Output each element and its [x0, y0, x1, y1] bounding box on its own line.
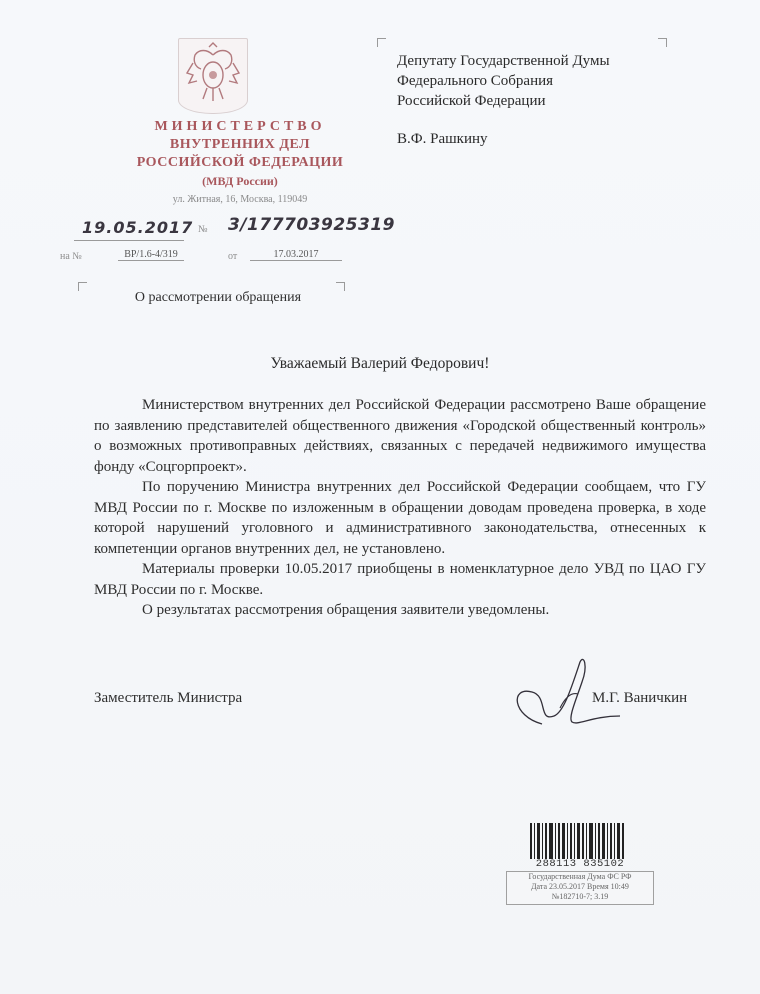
greeting: Уважаемый Валерий Федорович!: [0, 355, 760, 373]
letter-page: МИНИСТЕРСТВО ВНУТРЕННИХ ДЕЛ РОССИЙСКОЙ Ф…: [0, 0, 760, 994]
stamp-line-1: Государственная Дума ФС РФ: [507, 872, 653, 882]
ministry-name: МИНИСТЕРСТВО ВНУТРЕННИХ ДЕЛ РОССИЙСКОЙ Ф…: [100, 118, 380, 190]
ministry-line-2: ВНУТРЕННИХ ДЕЛ: [100, 136, 380, 154]
addressee-corner-left: [377, 38, 386, 47]
ref-number: ВР/1.6-4/319: [118, 249, 184, 261]
ministry-line-1: МИНИСТЕРСТВО: [100, 118, 380, 136]
stamp-line-3: №182710-7; 3.19: [507, 892, 653, 902]
ministry-line-3: РОССИЙСКОЙ ФЕДЕРАЦИИ: [100, 154, 380, 172]
date-underline: [74, 240, 184, 241]
body-paragraph: О результатах рассмотрения обращения зая…: [94, 600, 706, 621]
signer-title: Заместитель Министра: [94, 690, 242, 707]
registration-stamp: Государственная Дума ФС РФ Дата 23.05.20…: [506, 871, 654, 905]
outgoing-number: 3/177703925319: [228, 215, 395, 235]
barcode-icon: [530, 823, 626, 859]
addressee-corner-right: [658, 38, 667, 47]
addressee-name: В.Ф. Рашкину: [397, 131, 488, 148]
outgoing-date: 19.05.2017: [82, 218, 193, 237]
number-sign: №: [198, 224, 208, 235]
ministry-address: ул. Житная, 16, Москва, 119049: [100, 194, 380, 205]
barcode-number: 288113 835102: [525, 858, 635, 870]
ref-date: 17.03.2017: [250, 249, 342, 261]
ref-from-label: от: [228, 251, 237, 262]
addressee-block: Депутату Государственной Думы Федерально…: [397, 51, 610, 111]
stamp-line-2: Дата 23.05.2017 Время 10:49: [507, 882, 653, 892]
subject-line: О рассмотрении обращения: [78, 290, 358, 306]
ministry-line-4: (МВД России): [100, 172, 380, 190]
ref-prefix: на №: [60, 251, 82, 262]
addressee-line-2: Федерального Собрания: [397, 71, 610, 91]
coat-of-arms-emblem: [178, 38, 248, 114]
addressee-line-3: Российской Федерации: [397, 91, 610, 111]
body-paragraph: Материалы проверки 10.05.2017 приобщены …: [94, 559, 706, 600]
letter-body: Министерством внутренних дел Российской …: [94, 395, 706, 621]
body-paragraph: Министерством внутренних дел Российской …: [94, 395, 706, 477]
addressee-line-1: Депутату Государственной Думы: [397, 51, 610, 71]
body-paragraph: По поручению Министра внутренних дел Рос…: [94, 477, 706, 559]
double-headed-eagle-icon: [179, 39, 247, 113]
signer-name: М.Г. Ваничкин: [592, 690, 687, 707]
